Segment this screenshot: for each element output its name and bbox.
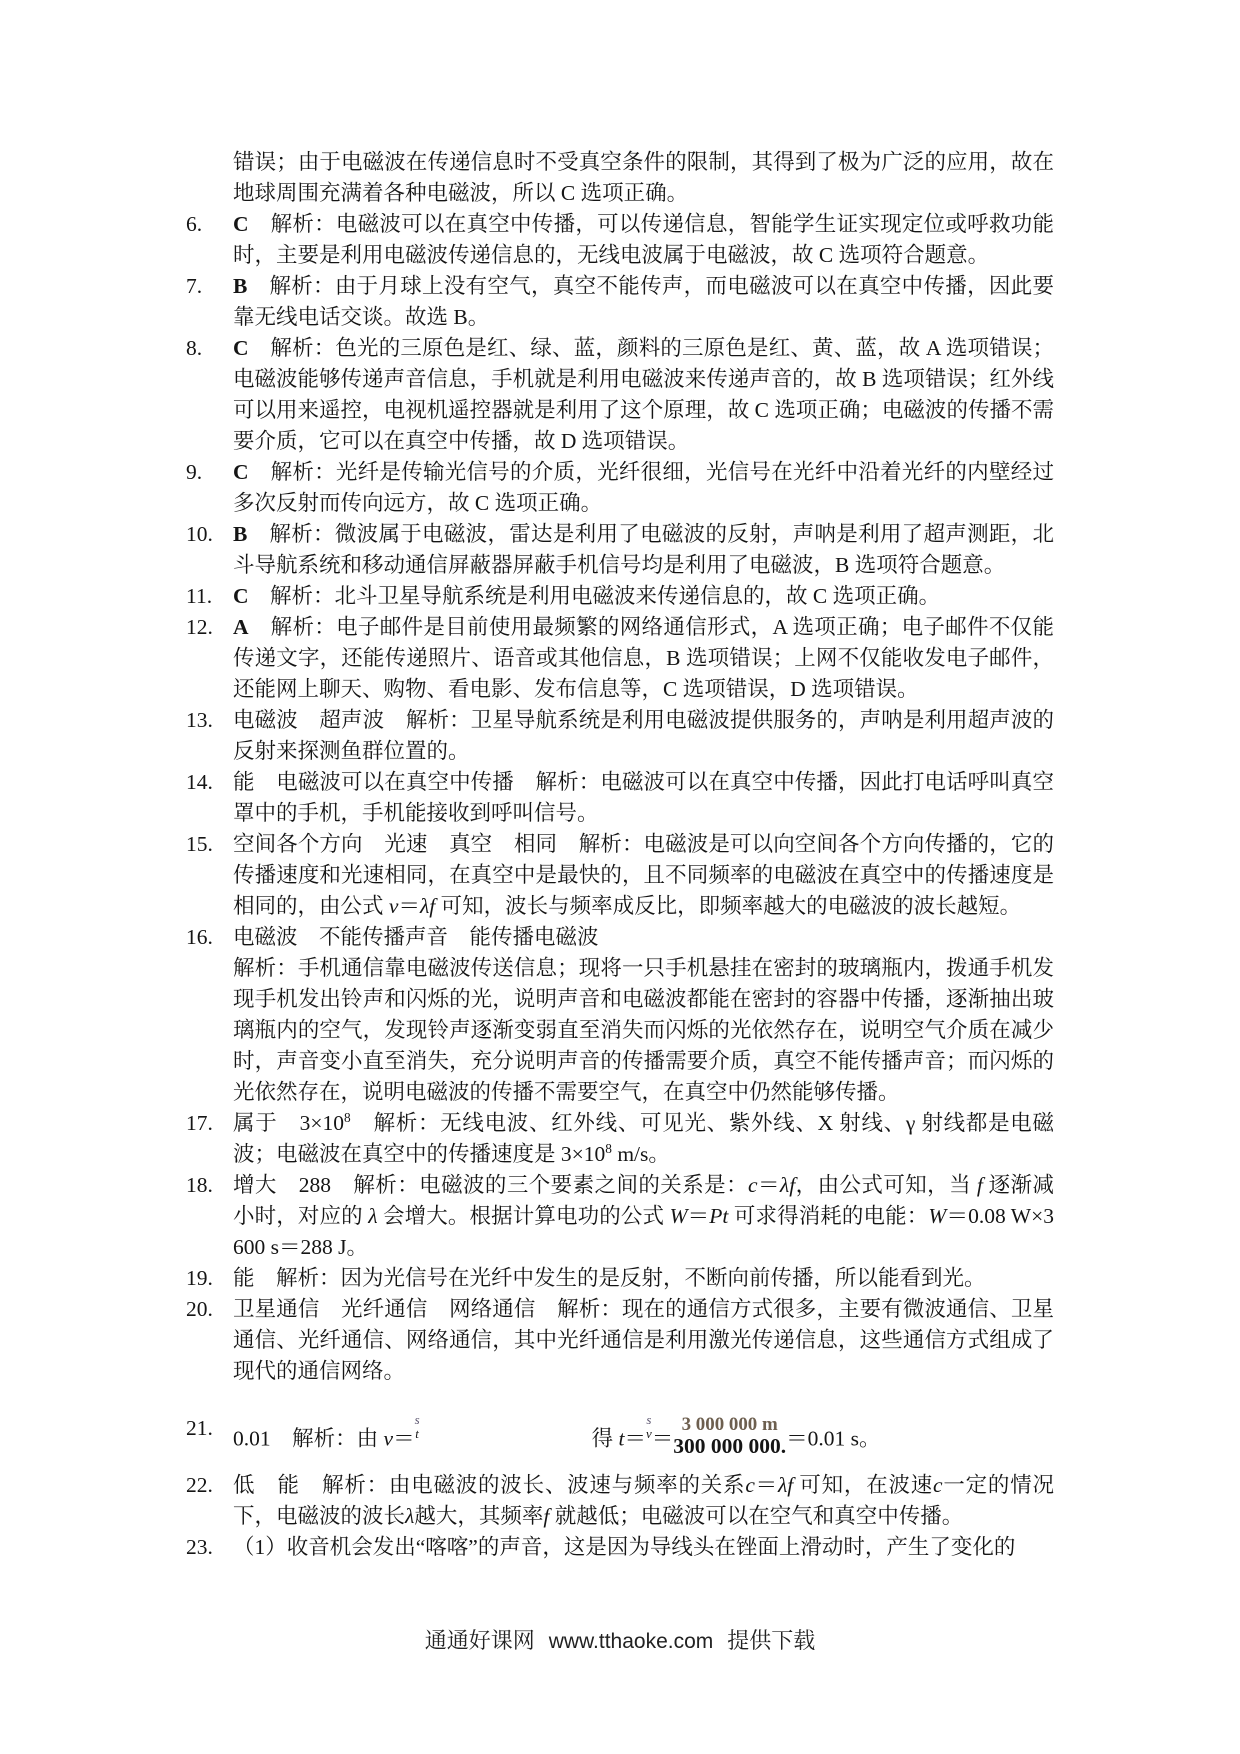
answer-item-8: 8.C 解析：色光的三原色是红、绿、蓝，颜料的三原色是红、黄、蓝，故 A 选项错… — [186, 333, 1054, 457]
item-number: 16. — [186, 922, 233, 953]
answer-item-16: 16.电磁波 不能传播声音 能传播电磁波解析：手机通信靠电磁波传送信息；现将一只… — [186, 922, 1054, 1108]
answer-item-11: 11. C 解析：北斗卫星导航系统是利用电磁波来传递信息的，故 C 选项正确。 — [186, 581, 1054, 612]
item-number: 10. — [186, 519, 233, 550]
footer-url: www.tthaoke.com — [549, 1630, 714, 1653]
item-text: C 解析：北斗卫星导航系统是利用电磁波来传递信息的，故 C 选项正确。 — [233, 581, 1054, 612]
item-text: B 解析：微波属于电磁波，雷达是利用了电磁波的反射，声呐是利用了超声测距，北斗导… — [233, 519, 1054, 581]
item-number: 21. — [186, 1413, 233, 1444]
item-number: 8. — [186, 333, 233, 364]
item-number: 6. — [186, 209, 233, 240]
answer-item-7: 7.B 解析：由于月球上没有空气，真空不能传声，而电磁波可以在真空中传播，因此要… — [186, 271, 1054, 333]
item-text: 能 电磁波可以在真空中传播 解析：电磁波可以在真空中传播，因此打电话呼叫真空罩中… — [233, 767, 1054, 829]
item-number: 12. — [186, 612, 233, 643]
answer-item-15: 15.空间各个方向 光速 真空 相同 解析：电磁波是可以向空间各个方向传播的，它… — [186, 829, 1054, 922]
document-page: 错误；由于电磁波在传递信息时不受真空条件的限制，其得到了极为广泛的应用，故在地球… — [0, 0, 1240, 1754]
item-number: 9. — [186, 457, 233, 488]
footer-download-text: 提供下载 — [727, 1628, 815, 1653]
item-text: 电磁波 超声波 解析：卫星导航系统是利用电磁波提供服务的，声呐是利用超声波的反射… — [233, 705, 1054, 767]
item-number: 7. — [186, 271, 233, 302]
answer-item-10: 10.B 解析：微波属于电磁波，雷达是利用了电磁波的反射，声呐是利用了超声测距，… — [186, 519, 1054, 581]
answer-item-17: 17.属于 3×108 解析：无线电波、红外线、可见光、紫外线、X 射线、γ 射… — [186, 1108, 1054, 1170]
answer-item-23: 23.（1）收音机会发出“喀喀”的声音，这是因为导线头在锉面上滑动时，产生了变化… — [186, 1532, 1054, 1563]
item-number: 19. — [186, 1263, 233, 1294]
item-text: A 解析：电子邮件是目前使用最频繁的网络通信形式，A 选项正确；电子邮件不仅能传… — [233, 612, 1054, 705]
item-text: 0.01 解析：由 v＝st 得 t＝sv＝3 000 000 m300 000… — [233, 1413, 1054, 1457]
item-text: C 解析：电磁波可以在真空中传播，可以传递信息，智能学生证实现定位或呼救功能时，… — [233, 209, 1054, 271]
item-text: （1）收音机会发出“喀喀”的声音，这是因为导线头在锉面上滑动时，产生了变化的 — [233, 1532, 1054, 1563]
answer-item-continuation: 错误；由于电磁波在传递信息时不受真空条件的限制，其得到了极为广泛的应用，故在地球… — [186, 147, 1054, 209]
answer-item-18: 18.增大 288 解析：电磁波的三个要素之间的关系是：c＝λf，由公式可知，当… — [186, 1170, 1054, 1263]
answer-item-14: 14.能 电磁波可以在真空中传播 解析：电磁波可以在真空中传播，因此打电话呼叫真… — [186, 767, 1054, 829]
item-text: 低 能 解析：由电磁波的波长、波速与频率的关系c＝λf 可知，在波速c一定的情况… — [233, 1470, 1054, 1532]
item-number: 15. — [186, 829, 233, 860]
item-text: 空间各个方向 光速 真空 相同 解析：电磁波是可以向空间各个方向传播的，它的传播… — [233, 829, 1054, 922]
answer-item-19: 19.能 解析：因为光信号在光纤中发生的是反射，不断向前传播，所以能看到光。 — [186, 1263, 1054, 1294]
item-text: 能 解析：因为光信号在光纤中发生的是反射，不断向前传播，所以能看到光。 — [233, 1263, 1054, 1294]
item-text: C 解析：色光的三原色是红、绿、蓝，颜料的三原色是红、黄、蓝，故 A 选项错误；… — [233, 333, 1054, 457]
item-number: 14. — [186, 767, 233, 798]
answer-item-13: 13.电磁波 超声波 解析：卫星导航系统是利用电磁波提供服务的，声呐是利用超声波… — [186, 705, 1054, 767]
item-number: 20. — [186, 1294, 233, 1325]
item-text: 错误；由于电磁波在传递信息时不受真空条件的限制，其得到了极为广泛的应用，故在地球… — [233, 147, 1054, 209]
fraction: 3 000 000 m300 000 000. — [673, 1415, 786, 1457]
item-text: B 解析：由于月球上没有空气，真空不能传声，而电磁波可以在真空中传播，因此要靠无… — [233, 271, 1054, 333]
answer-list: 错误；由于电磁波在传递信息时不受真空条件的限制，其得到了极为广泛的应用，故在地球… — [186, 147, 1054, 1563]
item-number: 18. — [186, 1170, 233, 1201]
item-number: 11. — [186, 581, 233, 612]
item-number: 22. — [186, 1470, 233, 1501]
answer-item-12: 12.A 解析：电子邮件是目前使用最频繁的网络通信形式，A 选项正确；电子邮件不… — [186, 612, 1054, 705]
answer-item-6: 6.C 解析：电磁波可以在真空中传播，可以传递信息，智能学生证实现定位或呼救功能… — [186, 209, 1054, 271]
answer-item-22: 22.低 能 解析：由电磁波的波长、波速与频率的关系c＝λf 可知，在波速c一定… — [186, 1470, 1054, 1532]
item-text: C 解析：光纤是传输光信号的介质，光纤很细，光信号在光纤中沿着光纤的内壁经过多次… — [233, 457, 1054, 519]
item-number: 23. — [186, 1532, 233, 1563]
item-text: 电磁波 不能传播声音 能传播电磁波解析：手机通信靠电磁波传送信息；现将一只手机悬… — [233, 922, 1054, 1108]
page-footer: 通通好课网www.tthaoke.com提供下载 — [0, 1624, 1240, 1655]
item-number: 17. — [186, 1108, 233, 1139]
item-text: 卫星通信 光纤通信 网络通信 解析：现在的通信方式很多，主要有微波通信、卫星通信… — [233, 1294, 1054, 1387]
footer-site-name: 通通好课网 — [425, 1628, 535, 1653]
item-text: 增大 288 解析：电磁波的三个要素之间的关系是：c＝λf，由公式可知，当 f … — [233, 1170, 1054, 1263]
answer-item-20: 20.卫星通信 光纤通信 网络通信 解析：现在的通信方式很多，主要有微波通信、卫… — [186, 1294, 1054, 1387]
answer-item-21: 21.0.01 解析：由 v＝st 得 t＝sv＝3 000 000 m300 … — [186, 1413, 1054, 1457]
answer-item-9: 9.C 解析：光纤是传输光信号的介质，光纤很细，光信号在光纤中沿着光纤的内壁经过… — [186, 457, 1054, 519]
item-text: 属于 3×108 解析：无线电波、红外线、可见光、紫外线、X 射线、γ 射线都是… — [233, 1108, 1054, 1170]
item-number: 13. — [186, 705, 233, 736]
